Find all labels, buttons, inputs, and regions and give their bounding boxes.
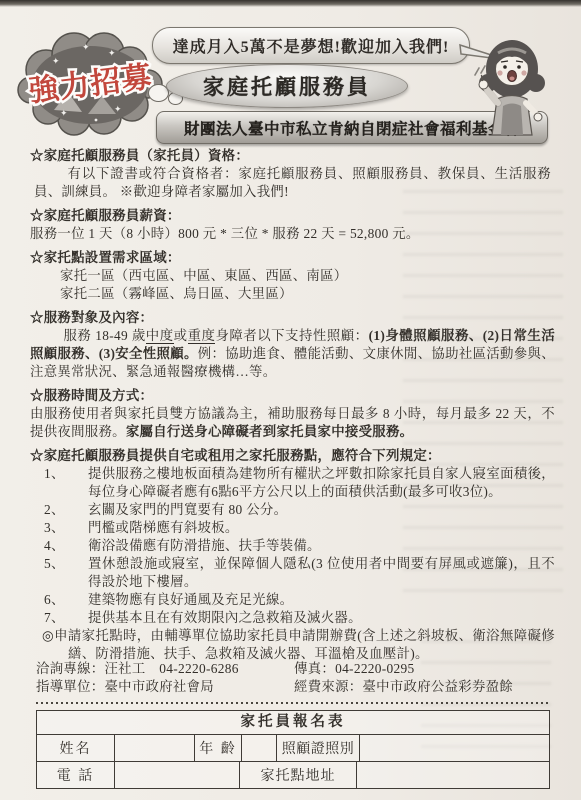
rule-item-1: 1、提供服務之樓地板面積為建物所有權狀之坪數扣除家托員自家人寢室面積後，每位身心… (44, 465, 555, 501)
rule-text: 提供基本且在有效期限內之急救箱及滅火器。 (88, 609, 555, 627)
time-bold-note: 家屬自行送身心障礙者到家托員家中接受服務。 (126, 424, 414, 439)
areas-zone-1: 家托一區（西屯區、中區、東區、西區、南區） (60, 267, 555, 285)
contact-supervisor: 指導單位：臺中市政府社會局 (36, 678, 294, 696)
rule-number: 5、 (44, 555, 88, 591)
svg-text:✦: ✦ (60, 109, 68, 119)
section-service-time-body: 由服務使用者與家托員雙方協議為主，補助服務每日最多 8 小時，每月最多 22 天… (30, 405, 555, 441)
section-service-target: ☆服務對象及內容： 服務 18-49 歲中度或重度身障者以下支持性照顧：(1)身… (30, 309, 555, 381)
contact-row-2: 指導單位：臺中市政府社會局 經費來源：臺中市政府公益彩券盈餘 (36, 678, 550, 696)
form-label-name: 姓名 (37, 735, 115, 761)
form-field-license-blank (360, 735, 549, 761)
form-label-age: 年 齡 (195, 735, 242, 761)
qualification-note: ※歡迎身障者家屬加入我們! (116, 184, 289, 199)
cut-line-divider (36, 701, 550, 704)
target-mid: 或 (174, 328, 188, 343)
flyer-body: ☆家庭托顧服務員（家托員）資格： 有以下證書或符合資格者：家庭托顧服務員、照顧服… (0, 147, 581, 663)
svg-text:✦: ✦ (114, 105, 122, 115)
contact-fax: 傳真：04-2220-0295 (294, 660, 415, 678)
section-areas: ☆家托點設置需求區域： 家托一區（西屯區、中區、東區、西區、南區） 家托二區（霧… (30, 249, 555, 303)
rule-number: 2、 (44, 501, 88, 519)
section-service-time: ☆服務時間及方式： 由服務使用者與家托員雙方協議為主，補助服務每日最多 8 小時… (30, 387, 555, 441)
form-title: 家托員報名表 (37, 711, 549, 735)
section-areas-title: ☆家托點設置需求區域： (30, 249, 555, 267)
target-pre: 服務 18-49 歲 (64, 328, 146, 343)
form-label-address: 家托點地址 (240, 762, 357, 788)
section-salary: ☆家庭托顧服務員薪資： 服務一位 1 天（8 小時）800 元 * 三位 * 服… (30, 207, 555, 243)
girl-motion-marks (475, 66, 485, 75)
rule-item-7: 7、提供基本且在有效期限內之急救箱及滅火器。 (44, 609, 555, 627)
form-field-address-blank (357, 762, 549, 788)
contact-row-1: 洽詢專線：汪社工 04-2220-6286 傳真：04-2220-0295 (36, 660, 550, 678)
target-underline-moderate: 中度 (146, 328, 174, 344)
section-service-time-title: ☆服務時間及方式： (30, 387, 555, 405)
target-seg: 身障者以下支持性照顧： (215, 328, 368, 343)
section-qualification-title: ☆家庭托顧服務員（家托員）資格： (30, 147, 555, 165)
section-qualification: ☆家庭托顧服務員（家托員）資格： 有以下證書或符合資格者：家庭托顧服務員、照顧服… (30, 147, 555, 201)
rule-text: 玄關及家門的門寬要有 80 公分。 (88, 501, 555, 519)
cartoon-girl-illustration (470, 27, 554, 139)
section-salary-body: 服務一位 1 天（8 小時）800 元 * 三位 * 服務 22 天 = 52,… (30, 225, 555, 243)
contact-hotline: 洽詢專線：汪社工 04-2220-6286 (36, 660, 294, 678)
scanned-flyer-page: ✦✦✦ ✦✦✦ 強力招募 達成月入5萬不是夢想!歡迎加入我們! 家庭托顧服務員 … (0, 0, 581, 800)
rule-number: 4、 (44, 537, 88, 555)
rule-number: 7、 (44, 609, 88, 627)
svg-text:✦: ✦ (52, 57, 60, 67)
speech-bubble: 達成月入5萬不是夢想!歡迎加入我們! (152, 27, 470, 64)
form-label-license: 照顧證照別 (277, 735, 360, 761)
rule-item-5: 5、置休憩設施或寢室，並保障個人隱私(3 位使用者中間要有屏風或遮簾)，且不得設… (44, 555, 555, 591)
application-form-table: 家托員報名表 姓名 年 齡 照顧證照別 電 話 家托點地址 (36, 710, 550, 789)
form-label-phone: 電 話 (37, 762, 115, 788)
section-service-target-body: 服務 18-49 歲中度或重度身障者以下支持性照顧：(1)身體照顧服務、(2)日… (30, 327, 555, 381)
rule-text: 置休憩設施或寢室，並保障個人隱私(3 位使用者中間要有屏風或遮簾)，且不得設於地… (88, 555, 555, 591)
section-site-rules: ☆家庭托顧服務員提供自宅或租用之家托服務點，應符合下列規定： 1、提供服務之樓地… (30, 447, 555, 663)
scanner-edge-artifact (0, 0, 581, 7)
target-underline-severe: 重度 (188, 328, 216, 344)
form-row-1: 姓名 年 齡 照顧證照別 (37, 735, 549, 761)
contact-funding: 經費來源：臺中市政府公益彩券盈餘 (294, 678, 513, 696)
form-field-age-blank (242, 735, 277, 761)
svg-text:✦: ✦ (108, 49, 116, 59)
rule-text: 提供服務之樓地板面積為建物所有權狀之坪數扣除家托員自家人寢室面積後，每位身心障礙… (88, 465, 555, 501)
section-salary-title: ☆家庭托顧服務員薪資： (30, 207, 555, 225)
rule-text: 門檻或階梯應有斜坡板。 (88, 519, 555, 537)
section-site-rules-title: ☆家庭托顧服務員提供自宅或租用之家托服務點，應符合下列規定： (30, 447, 555, 465)
rule-item-6: 6、建築物應有良好通風及充足光線。 (44, 591, 555, 609)
rule-number: 6、 (44, 591, 88, 609)
rule-item-3: 3、門檻或階梯應有斜坡板。 (44, 519, 555, 537)
section-service-target-title: ☆服務對象及內容： (30, 309, 555, 327)
recruit-burst-graphic: ✦✦✦ ✦✦✦ 強力招募 (16, 28, 168, 138)
rule-number: 1、 (44, 465, 88, 501)
section-qualification-body: 有以下證書或符合資格者：家庭托顧服務員、照顧服務員、教保員、生活服務員、訓練員。… (34, 165, 551, 201)
form-field-name-blank (115, 735, 195, 761)
rule-text: 衛浴設備應有防滑措施、扶手等裝備。 (88, 537, 555, 555)
form-row-2: 電 話 家托點地址 (37, 761, 549, 788)
qualification-text: 有以下證書或符合資格者：家庭托顧服務員、照顧服務員、教保員、生活服務員、訓練員。 (34, 166, 551, 199)
rule-item-2: 2、玄關及家門的門寬要有 80 公分。 (44, 501, 555, 519)
job-title-text: 家庭托顧服務員 (203, 71, 371, 101)
rule-number: 3、 (44, 519, 88, 537)
girl-face (496, 49, 529, 86)
areas-zone-2: 家托二區（霧峰區、烏日區、大里區） (60, 285, 555, 303)
svg-text:✦: ✦ (82, 43, 90, 53)
flyer-footer: 洽詢專線：汪社工 04-2220-6286 傳真：04-2220-0295 指導… (0, 660, 581, 789)
form-field-phone-blank (115, 762, 240, 788)
rule-item-4: 4、衛浴設備應有防滑措施、扶手等裝備。 (44, 537, 555, 555)
startup-fee-note: ◎申請家托點時，由輔導單位協助家托員申請開辦費(含上述之斜坡板、衛浴無障礙修繕、… (42, 627, 555, 663)
speech-bubble-text: 達成月入5萬不是夢想!歡迎加入我們! (173, 34, 450, 57)
rule-text: 建築物應有良好通風及充足光線。 (88, 591, 555, 609)
job-title-badge: 家庭托顧服務員 (166, 64, 408, 108)
